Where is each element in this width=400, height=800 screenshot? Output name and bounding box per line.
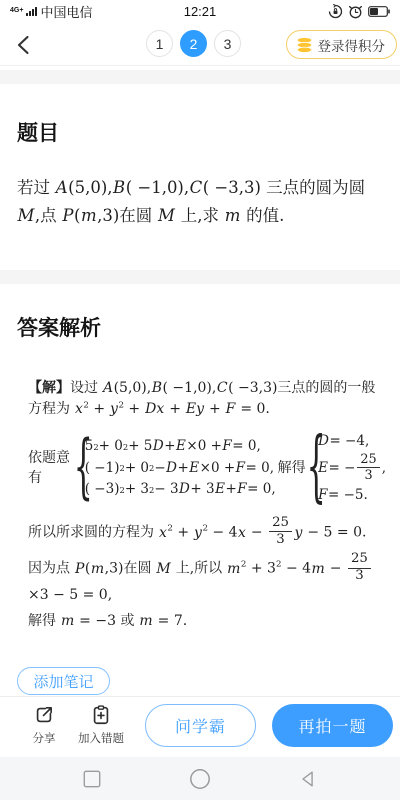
right-brace: { [307,430,316,508]
add-note-button[interactable]: 添加笔记 [17,667,110,695]
app-screen: 4G+ 中国电信 12:21 [0,0,400,800]
page-indicator: 1 2 3 [146,30,241,57]
solution-block: 【解】设过 A(5,0),B( −1,0),C( −3,3)三点的圆的一般方程为… [28,378,386,632]
status-icons [328,4,390,19]
back-nav-button[interactable] [297,768,319,790]
status-bar: 4G+ 中国电信 12:21 [0,0,400,22]
equation-row: 52 + 02 + 5D + E ×0 + F = 0, [85,436,276,458]
solution-row: E = −253, [318,453,386,485]
add-mistake-label: 加入错题 [78,730,124,746]
page-dot-3[interactable]: 3 [214,30,241,57]
rotation-lock-icon [328,4,343,19]
equation-row: ( −1)2 + 02 − D + E ×0 + F = 0, [85,458,276,480]
share-label: 分享 [33,730,56,746]
solution-rows: D = −4, E = −253, F = −5. [318,431,386,506]
clipboard-plus-icon [90,704,112,726]
home-button[interactable] [189,768,211,790]
solution-line-4: 因为点 P(m,3)在圆 M 上,所以 m2 + 32 − 4m − 253 ×… [28,553,386,605]
page-dot-2-active[interactable]: 2 [180,30,207,57]
back-chevron-icon [15,35,33,55]
page-dot-1[interactable]: 1 [146,30,173,57]
alarm-clock-icon [348,4,363,19]
back-triangle-icon [298,769,318,789]
equation-system: 依题意有 { 52 + 02 + 5D + E ×0 + F = 0, ( −1… [28,431,386,506]
solution-line-5: 解得 m = −3 或 m = 7. [28,611,386,632]
back-button[interactable] [12,33,36,57]
left-brace: { [74,433,83,504]
android-nav-bar [0,757,400,800]
system-prefix: 依题意有 [28,449,74,488]
recents-button[interactable] [81,768,103,790]
solution-line-1: 【解】设过 A(5,0),B( −1,0),C( −3,3)三点的圆的一般方程为… [28,378,386,419]
equation-row: ( −3)2 + 32 − 3D + 3E + F = 0, [85,479,276,501]
battery-icon [368,6,390,17]
solution-row: F = −5. [318,485,386,507]
system-mid-label: 解得 [278,459,306,479]
equation-rows: 52 + 02 + 5D + E ×0 + F = 0, ( −1)2 + 02… [85,436,276,501]
ask-expert-button[interactable]: 问学霸 [145,704,256,747]
section-separator [0,70,400,84]
answer-heading: 答案解析 [17,316,101,342]
share-button[interactable]: 分享 [25,704,63,746]
home-circle-icon [189,768,211,790]
retake-photo-button[interactable]: 再拍一题 [272,704,393,747]
section-separator [0,270,400,284]
add-mistake-button[interactable]: 加入错题 [73,704,129,746]
login-points-label: 登录得积分 [318,35,386,55]
solution-row: D = −4, [318,431,386,453]
login-points-button[interactable]: 登录得积分 [286,30,398,59]
problem-text: 若过 A(5,0),B( −1,0),C( −3,3) 三点的圆为圆 M,点 P… [17,174,385,230]
solution-line-3: 所以所求圆的方程为 x2 + y2 − 4x − 253y − 5 = 0. [28,517,386,548]
nav-bar: 1 2 3 登录得积分 [0,22,400,66]
coins-icon [296,37,313,53]
bottom-toolbar: 分享 加入错题 问学霸 再拍一题 [0,696,400,757]
problem-heading: 题目 [17,121,59,147]
share-icon [33,704,55,726]
recents-square-icon [82,769,102,789]
